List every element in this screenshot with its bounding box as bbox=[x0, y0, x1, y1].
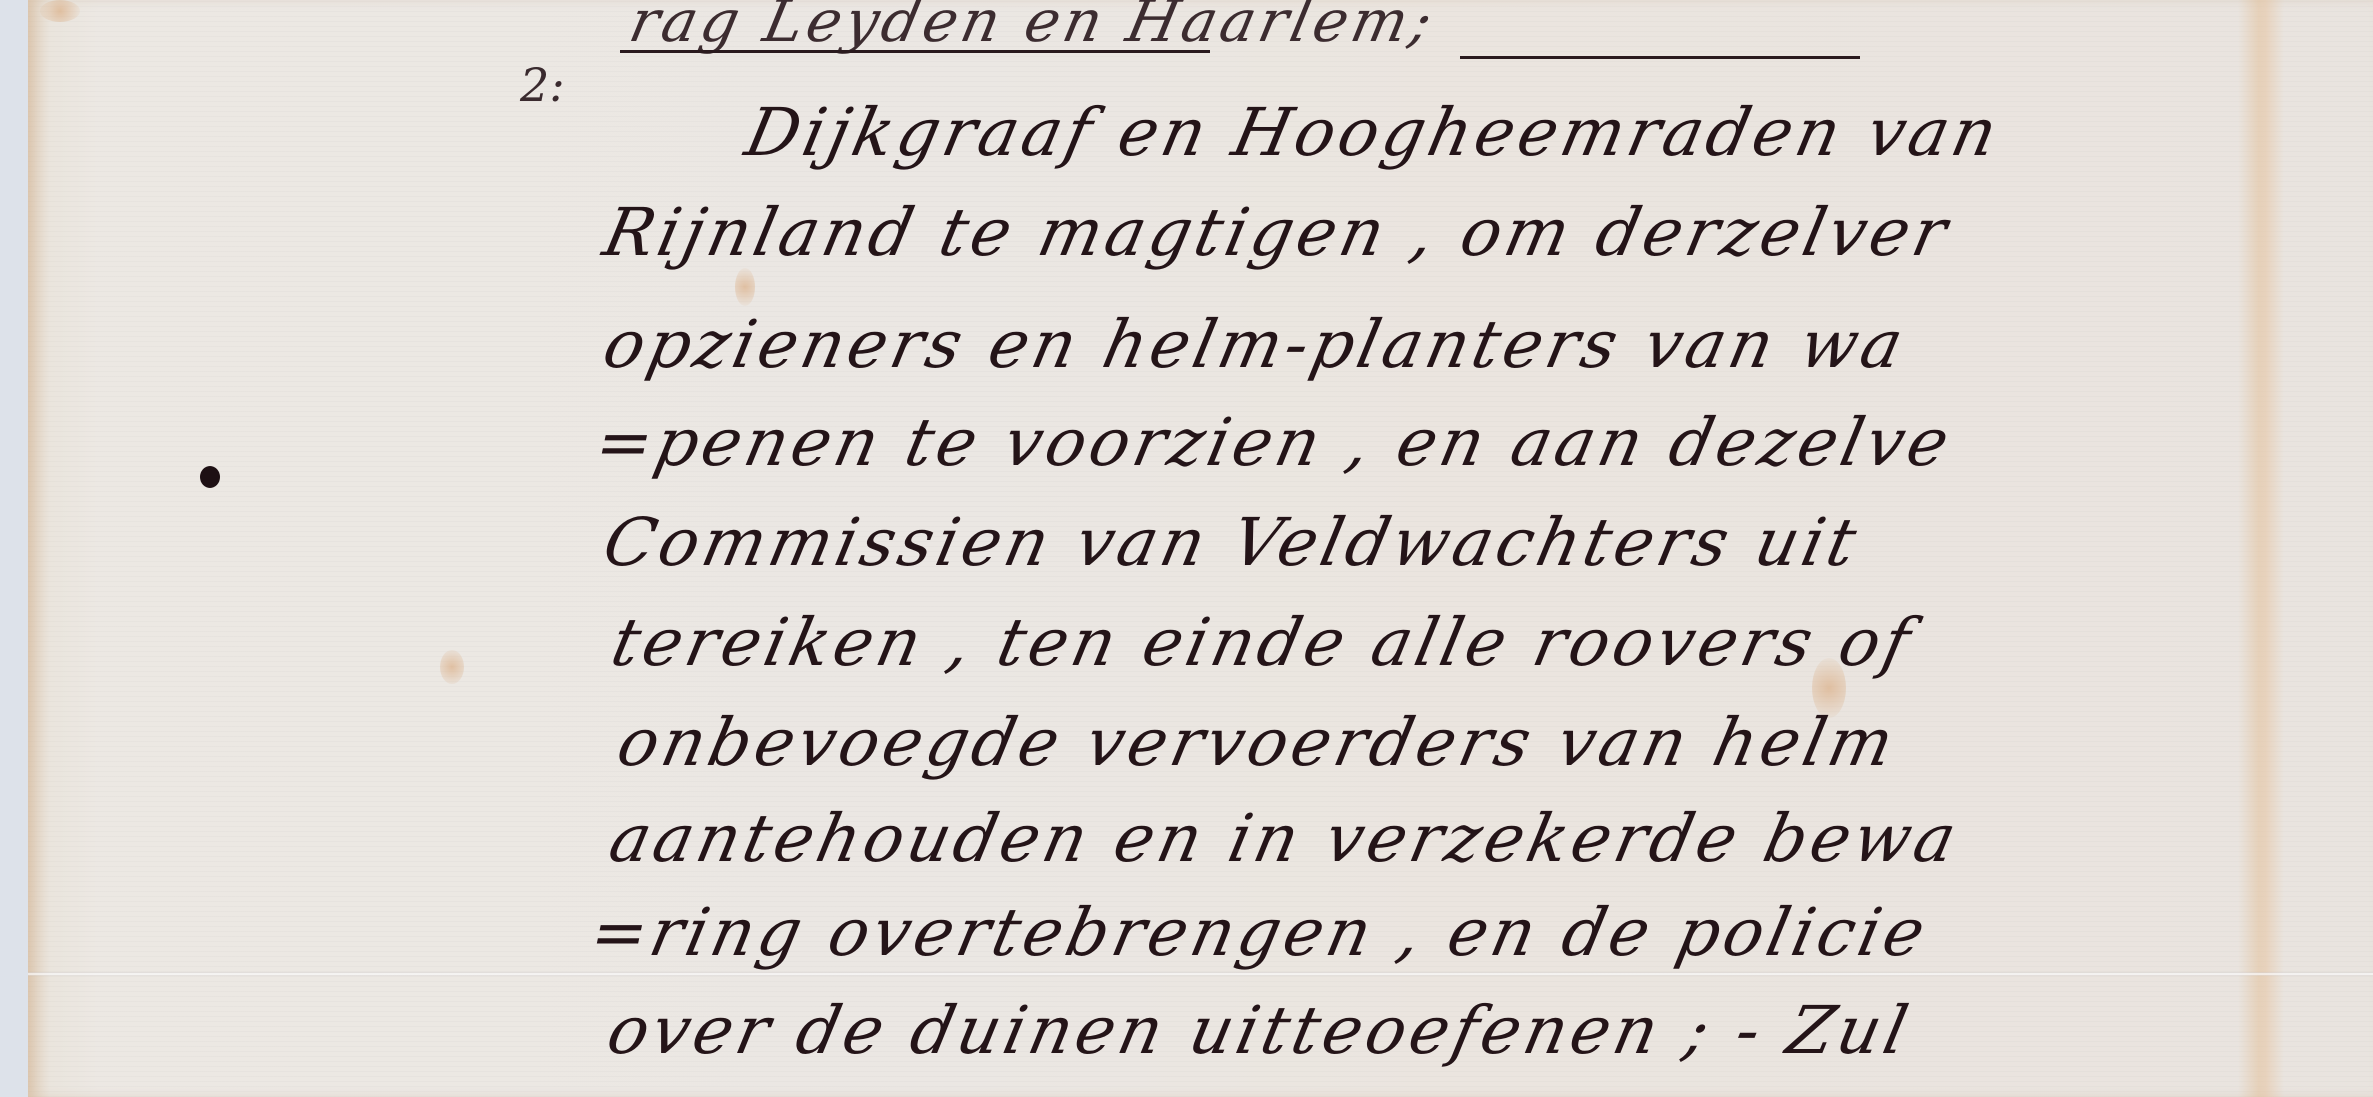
manuscript-line-11: over de duinen uitteoefenen ; - Zul bbox=[602, 998, 1917, 1064]
item-number: 2: bbox=[520, 58, 565, 112]
manuscript-line-2: Dijkgraaf en Hoogheemraden van bbox=[740, 100, 2006, 166]
foxing-spot bbox=[440, 650, 464, 684]
manuscript-line-5: =penen te voorzien , en aan dezelve bbox=[590, 410, 1958, 476]
underline-haarlem bbox=[1460, 56, 1860, 59]
paper-edge-discoloration bbox=[28, 0, 50, 1097]
manuscript-line-8: onbevoegde vervoerders van helm bbox=[612, 710, 1903, 776]
manuscript-line-3: Rijnland te magtigen , om derzelver bbox=[598, 200, 1956, 266]
foxing-spot bbox=[40, 0, 80, 22]
foxing-spot bbox=[735, 268, 755, 306]
manuscript-line-7: tereiken , ten einde alle roovers of bbox=[606, 610, 1919, 676]
vertical-fold-stain bbox=[2238, 0, 2284, 1097]
manuscript-line-10: =ring overtebrengen , en de policie bbox=[585, 900, 1934, 966]
manuscript-line-6: Commissien van Veldwachters uit bbox=[598, 510, 1866, 576]
horizontal-fold-crease bbox=[28, 972, 2373, 976]
ink-dot-mark bbox=[200, 466, 220, 488]
manuscript-line-1: rag Leyden en Haarlem; bbox=[625, 0, 1441, 50]
manuscript-line-4: opzieners en helm-planters van wa bbox=[598, 312, 1912, 378]
manuscript-line-9: aantehouden en in verzekerde bewa bbox=[604, 806, 1965, 872]
underline-leyden bbox=[620, 50, 1210, 53]
